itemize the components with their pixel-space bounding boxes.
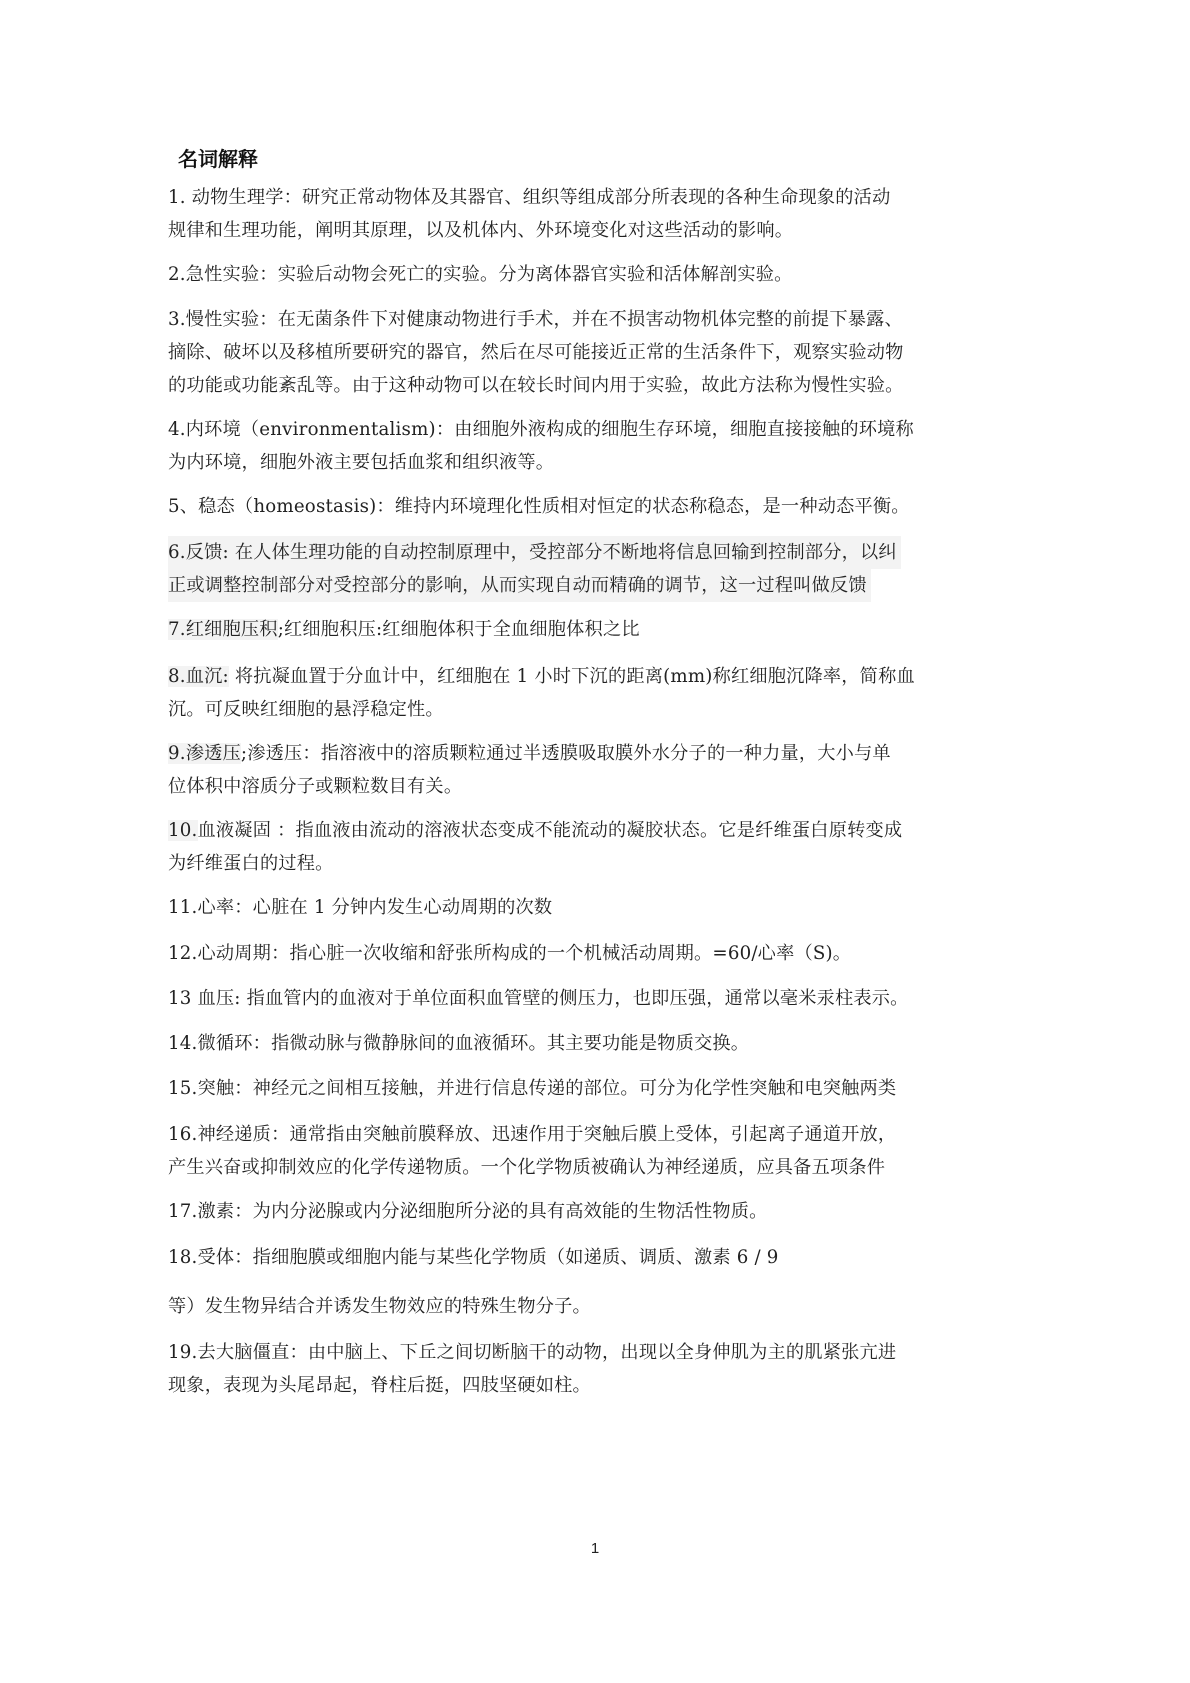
entry-term: 8.血沉: [168, 666, 229, 687]
entry-line: 沉。可反映红细胞的悬浮稳定性。 [168, 693, 1028, 726]
definition-entry-17: 17.激素：为内分泌腺或内分泌细胞所分泌的具有高效能的生物活性物质。 [168, 1195, 1028, 1228]
definition-entry-18: 18.受体：指细胞膜或细胞内能与某些化学物质（如递质、调质、激素 6 / 9 [168, 1241, 1028, 1274]
entry-line: 为纤维蛋白的过程。 [168, 847, 1028, 880]
definition-entry-19: 19.去大脑僵直：由中脑上、下丘之间切断脑干的动物，出现以全身伸肌为主的肌紧张亢… [168, 1336, 1028, 1402]
entry-line: 现象，表现为头尾昂起，脊柱后挺，四肢坚硬如柱。 [168, 1369, 1028, 1402]
entry-line: 10.血液凝固 ：指血液由流动的溶液状态变成不能流动的凝胶状态。它是纤维蛋白原转… [168, 814, 1028, 847]
entry-text: 血液凝固 ：指血液由流动的溶液状态变成不能流动的凝胶状态。它是纤维蛋白原转变成 [198, 820, 903, 841]
entry-line: 17.激素：为内分泌腺或内分泌细胞所分泌的具有高效能的生物活性物质。 [168, 1195, 1028, 1228]
entry-line: 19.去大脑僵直：由中脑上、下丘之间切断脑干的动物，出现以全身伸肌为主的肌紧张亢… [168, 1336, 1028, 1369]
definition-entry-14: 14.微循环：指微动脉与微静脉间的血液循环。其主要功能是物质交换。 [168, 1027, 1028, 1060]
entry-line: 12.心动周期：指心脏一次收缩和舒张所构成的一个机械活动周期。=60/心率（S)… [168, 937, 1028, 970]
entry-line: 2.急性实验：实验后动物会死亡的实验。分为离体器官实验和活体解剖实验。 [168, 258, 1028, 291]
entry-line: 位体积中溶质分子或颗粒数目有关。 [168, 770, 1028, 803]
definition-entry-13: 13 血压: 指血管内的血液对于单位面积血管壁的侧压力，也即压强，通常以毫米汞柱… [168, 982, 1028, 1015]
entry-term: 10. [168, 820, 198, 841]
entry-line-highlighted: 6.反馈: 在人体生理功能的自动控制原理中，受控部分不断地将信息回输到控制部分，… [168, 536, 901, 569]
definition-entry-16: 16.神经递质：通常指由突触前膜释放、迅速作用于突触后膜上受体，引起离子通道开放… [168, 1118, 1028, 1184]
entry-text: ;红细胞积压:红细胞体积于全血细胞体积之比 [278, 619, 640, 640]
definition-entry-1: 1. 动物生理学：研究正常动物体及其器官、组织等组成部分所表现的各种生命现象的活… [168, 181, 1028, 247]
entry-line: 等）发生物异结合并诱发生物效应的特殊生物分子。 [168, 1290, 1028, 1323]
entry-line: 为内环境，细胞外液主要包括血浆和组织液等。 [168, 446, 1028, 479]
entry-line-highlighted: 正或调整控制部分对受控部分的影响，从而实现自动而精确的调节，这一过程叫做反馈 [168, 569, 871, 602]
entry-line: 5、稳态（homeostasis)：维持内环境理化性质相对恒定的状态称稳态，是一… [168, 490, 1028, 523]
document-page: 名词解释 1. 动物生理学：研究正常动物体及其器官、组织等组成部分所表现的各种生… [0, 0, 1190, 1683]
entry-line: 9.渗透压;渗透压：指溶液中的溶质颗粒通过半透膜吸取膜外水分子的一种力量，大小与… [168, 737, 1028, 770]
definition-entry-9: 9.渗透压;渗透压：指溶液中的溶质颗粒通过半透膜吸取膜外水分子的一种力量，大小与… [168, 737, 1028, 803]
entry-line: 14.微循环：指微动脉与微静脉间的血液循环。其主要功能是物质交换。 [168, 1027, 1028, 1060]
entry-line: 11.心率：心脏在 1 分钟内发生心动周期的次数 [168, 891, 1028, 924]
definition-entry-5: 5、稳态（homeostasis)：维持内环境理化性质相对恒定的状态称稳态，是一… [168, 490, 1028, 523]
definition-entry-11: 11.心率：心脏在 1 分钟内发生心动周期的次数 [168, 891, 1028, 924]
definition-entry-8: 8.血沉: 将抗凝血置于分血计中，红细胞在 1 小时下沉的距离(mm)称红细胞沉… [168, 660, 1028, 726]
definition-entry-6: 6.反馈: 在人体生理功能的自动控制原理中，受控部分不断地将信息回输到控制部分，… [168, 536, 1028, 602]
entry-line: 摘除、破坏以及移植所要研究的器官，然后在尽可能接近正常的生活条件下，观察实验动物 [168, 336, 1028, 369]
definition-entry-18-continued: 等）发生物异结合并诱发生物效应的特殊生物分子。 [168, 1290, 1028, 1323]
entry-term: 9.渗透压 [168, 743, 241, 764]
entry-line: 3.慢性实验：在无菌条件下对健康动物进行手术，并在不损害动物机体完整的前提下暴露… [168, 303, 1028, 336]
entry-line: 16.神经递质：通常指由突触前膜释放、迅速作用于突触后膜上受体，引起离子通道开放… [168, 1118, 1028, 1151]
section-title: 名词解释 [178, 146, 258, 172]
entry-line: 7.红细胞压积;红细胞积压:红细胞体积于全血细胞体积之比 [168, 613, 1028, 646]
definition-entry-10: 10.血液凝固 ：指血液由流动的溶液状态变成不能流动的凝胶状态。它是纤维蛋白原转… [168, 814, 1028, 880]
entry-line: 8.血沉: 将抗凝血置于分血计中，红细胞在 1 小时下沉的距离(mm)称红细胞沉… [168, 660, 1028, 693]
entry-line: 15.突触：神经元之间相互接触，并进行信息传递的部位。可分为化学性突触和电突触两… [168, 1072, 1028, 1105]
entry-line: 1. 动物生理学：研究正常动物体及其器官、组织等组成部分所表现的各种生命现象的活… [168, 181, 1028, 214]
entry-line: 的功能或功能紊乱等。由于这种动物可以在较长时间内用于实验，故此方法称为慢性实验。 [168, 369, 1028, 402]
page-number: 1 [0, 1540, 1190, 1557]
entry-text: ;渗透压：指溶液中的溶质颗粒通过半透膜吸取膜外水分子的一种力量，大小与单 [241, 743, 891, 764]
definition-entry-15: 15.突触：神经元之间相互接触，并进行信息传递的部位。可分为化学性突触和电突触两… [168, 1072, 1028, 1105]
definition-entry-2: 2.急性实验：实验后动物会死亡的实验。分为离体器官实验和活体解剖实验。 [168, 258, 1028, 291]
entry-line: 产生兴奋或抑制效应的化学传递物质。一个化学物质被确认为神经递质，应具备五项条件 [168, 1151, 1028, 1184]
definition-entry-3: 3.慢性实验：在无菌条件下对健康动物进行手术，并在不损害动物机体完整的前提下暴露… [168, 303, 1028, 402]
definition-entry-4: 4.内环境（environmentalism)：由细胞外液构成的细胞生存环境，细… [168, 413, 1028, 479]
entry-line: 规律和生理功能，阐明其原理，以及机体内、外环境变化对这些活动的影响。 [168, 214, 1028, 247]
entry-line: 18.受体：指细胞膜或细胞内能与某些化学物质（如递质、调质、激素 6 / 9 [168, 1241, 1028, 1274]
definition-entry-7: 7.红细胞压积;红细胞积压:红细胞体积于全血细胞体积之比 [168, 613, 1028, 646]
definition-entry-12: 12.心动周期：指心脏一次收缩和舒张所构成的一个机械活动周期。=60/心率（S)… [168, 937, 1028, 970]
entry-text: 将抗凝血置于分血计中，红细胞在 1 小时下沉的距离(mm)称红细胞沉降率，简称血 [229, 666, 915, 687]
entry-line: 13 血压: 指血管内的血液对于单位面积血管壁的侧压力，也即压强，通常以毫米汞柱… [168, 982, 1028, 1015]
entry-line: 4.内环境（environmentalism)：由细胞外液构成的细胞生存环境，细… [168, 413, 1028, 446]
entry-term: 7.红细胞压积 [168, 619, 278, 640]
